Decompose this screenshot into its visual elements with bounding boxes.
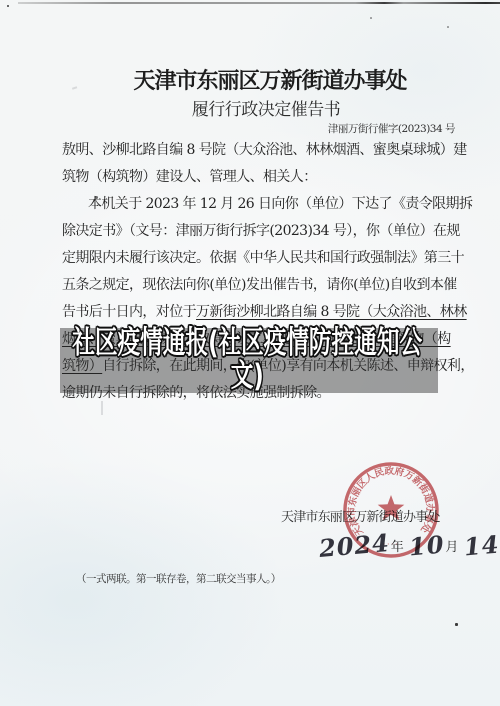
body-line: 敖明、沙柳北路自编 8 号院（大众浴池、林林烟酒、蜜奥桌球城）建: [62, 137, 466, 164]
body-line: 本机关于 2023 年 12 月 26 日向你（单位）下达了《责令限期拆: [62, 191, 466, 218]
scanned-document-page: 天津市东丽区万新街道办事处 履行行政决定催告书 津丽万街行催字(2023)34 …: [0, 0, 500, 706]
body-line: 五条之规定，现依法向你(单位)发出催告书，请你(单位)自收到本催: [62, 272, 466, 299]
seal-star-icon: [378, 495, 405, 520]
seal-bottom-marks: ····: [383, 540, 399, 549]
text-segment: 定期限内未履行该决定。依据《中华人民共和国行政强制法》第三十: [62, 250, 464, 266]
paper-speck: [7, 5, 9, 7]
underlined-text: 万新街沙柳北路自编 8 号院（大众浴池、林林: [196, 304, 467, 320]
footer-note: （一式两联。第一联存卷，第二联交当事人。）: [76, 571, 281, 586]
official-seal: 天津市东丽区人民政府万新街道办事处 ····: [337, 457, 447, 569]
body-line: 筑物（构筑物）建设人、管理人、相关人：: [62, 164, 466, 191]
paper-speck: [370, 17, 372, 19]
body-line: 告书后十日内，对位于万新街沙柳北路自编 8 号院（大众浴池、林林: [62, 299, 466, 326]
month-unit: 月: [445, 540, 458, 555]
text-segment: 告书后十日内，对位于: [62, 304, 196, 320]
watermark-title: 社区疫情通报(社区疫情防控通知公 文): [57, 327, 437, 392]
body-line: 除决定书》（文号：津丽万街行拆字(2023)34 号），你（单位）在规: [62, 218, 466, 245]
scan-edge-artifact: [18, 2, 500, 4]
body-line: 定期限内未履行该决定。依据《中华人民共和国行政强制法》第三十: [62, 245, 466, 272]
document-title: 履行行政决定催告书: [0, 95, 500, 120]
paper-speck: [455, 623, 458, 626]
text-segment: 本机关于 2023 年 12 月 26 日向你（单位）下达了《责令限期拆: [88, 196, 472, 212]
text-segment: 五条之规定，现依法向你(单位)发出催告书，请你(单位)自收到本催: [62, 277, 457, 293]
document-number: 津丽万街行催字(2023)34 号: [0, 121, 455, 136]
text-segment: 筑物（构筑物）建设人、管理人、相关人：: [62, 169, 317, 185]
issuing-org-title: 天津市东丽区万新街道办事处: [0, 64, 500, 95]
text-segment: 除决定书》（文号：津丽万街行拆字(2023)34 号），你（单位）在规: [62, 223, 460, 239]
watermark-line: 文): [57, 360, 437, 393]
text-segment: 敖明、沙柳北路自编 8 号院（大众浴池、林林烟酒、蜜奥桌球城）建: [62, 142, 467, 158]
handwritten-day: 14: [462, 530, 500, 562]
paper-speck: [447, 26, 449, 28]
watermark-line: 社区疫情通报(社区疫情防控通知公: [57, 327, 437, 360]
